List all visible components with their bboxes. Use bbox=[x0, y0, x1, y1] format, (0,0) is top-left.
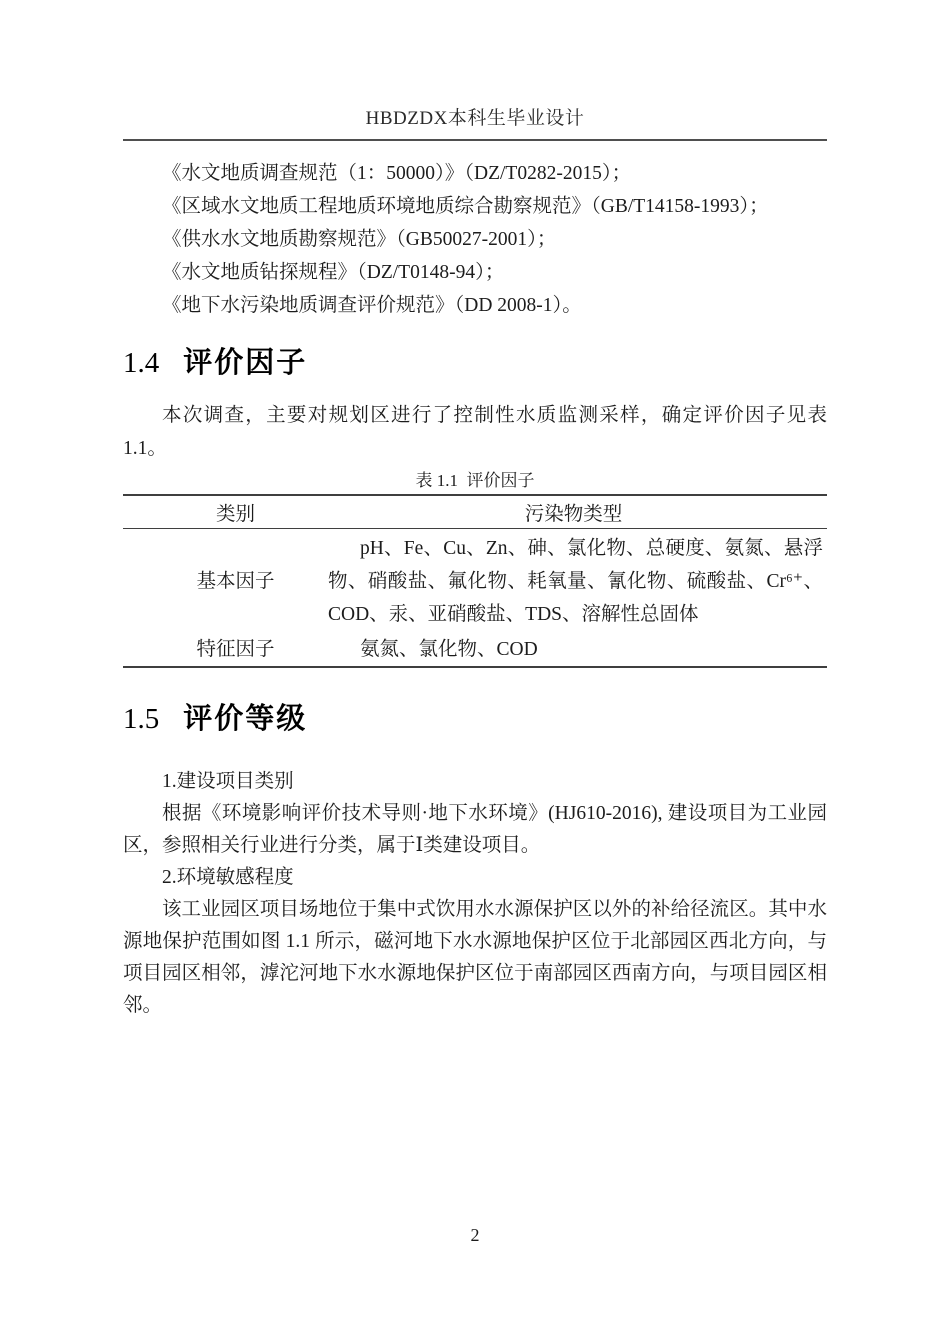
table-row: 基本因子 pH、Fe、Cu、Zn、砷、氯化物、总硬度、氨氮、悬浮物、硝酸盐、氟化… bbox=[123, 528, 827, 633]
page-content: 《水文地质调查规范（1：50000）》（DZ/T0282-2015）； 《区域水… bbox=[123, 157, 827, 1022]
paragraph: 该工业园区项目场地位于集中式饮用水水源保护区以外的补给径流区。其中水源地保护范围… bbox=[123, 894, 827, 1022]
section-heading-1-5: 1.5 评价等级 bbox=[123, 700, 827, 738]
column-header-pollutant-type: 污染物类型 bbox=[320, 495, 827, 528]
paragraph: 2.环境敏感程度 bbox=[123, 862, 827, 894]
section-1-5-body: 1.建设项目类别 根据《环境影响评价技术导则·地下水环境》(HJ610-2016… bbox=[123, 766, 827, 1022]
category-cell: 特征因子 bbox=[123, 633, 320, 667]
section-number: 1.5 bbox=[123, 700, 159, 738]
paragraph: 1.建设项目类别 bbox=[123, 766, 827, 798]
header-rule bbox=[123, 139, 827, 141]
pollutants-cell: pH、Fe、Cu、Zn、砷、氯化物、总硬度、氨氮、悬浮物、硝酸盐、氟化物、耗氧量… bbox=[320, 528, 827, 633]
section-number: 1.4 bbox=[123, 344, 159, 382]
reference-list: 《水文地质调查规范（1：50000）》（DZ/T0282-2015）； 《区域水… bbox=[123, 157, 827, 322]
category-cell: 基本因子 bbox=[123, 528, 320, 633]
page-footer: 2 bbox=[0, 1224, 950, 1246]
table-caption: 表 1.1 评价因子 bbox=[123, 469, 827, 493]
section-heading-1-4: 1.4 评价因子 bbox=[123, 344, 827, 382]
section-title: 评价等级 bbox=[183, 700, 307, 738]
pollutants-cell: 氨氮、氯化物、COD bbox=[320, 633, 827, 667]
reference-item: 《地下水污染地质调查评价规范》（DD 2008-1）。 bbox=[123, 289, 827, 322]
evaluation-factors-table: 类别 污染物类型 基本因子 pH、Fe、Cu、Zn、砷、氯化物、总硬度、氨氮、悬… bbox=[123, 494, 827, 668]
reference-item: 《供水水文地质勘察规范》（GB50027-2001）； bbox=[123, 223, 827, 256]
section-1-4-intro: 本次调查，主要对规划区进行了控制性水质监测采样，确定评价因子见表 1.1。 bbox=[123, 399, 827, 465]
table-row: 特征因子 氨氮、氯化物、COD bbox=[123, 633, 827, 667]
page-header: HBDZDX本科生毕业设计 bbox=[0, 107, 950, 141]
table-header-row: 类别 污染物类型 bbox=[123, 495, 827, 528]
reference-item: 《水文地质钻探规程》（DZ/T0148-94）； bbox=[123, 256, 827, 289]
reference-item: 《区域水文地质工程地质环境地质综合勘察规范》（GB/T14158-1993）； bbox=[123, 190, 827, 223]
page-number: 2 bbox=[471, 1225, 480, 1245]
reference-item: 《水文地质调查规范（1：50000）》（DZ/T0282-2015）； bbox=[123, 157, 827, 190]
document-page: HBDZDX本科生毕业设计 《水文地质调查规范（1：50000）》（DZ/T02… bbox=[0, 0, 950, 1344]
paragraph: 根据《环境影响评价技术导则·地下水环境》(HJ610-2016), 建设项目为工… bbox=[123, 798, 827, 862]
column-header-category: 类别 bbox=[123, 495, 320, 528]
section-title: 评价因子 bbox=[183, 344, 307, 382]
header-title: HBDZDX本科生毕业设计 bbox=[0, 107, 950, 131]
